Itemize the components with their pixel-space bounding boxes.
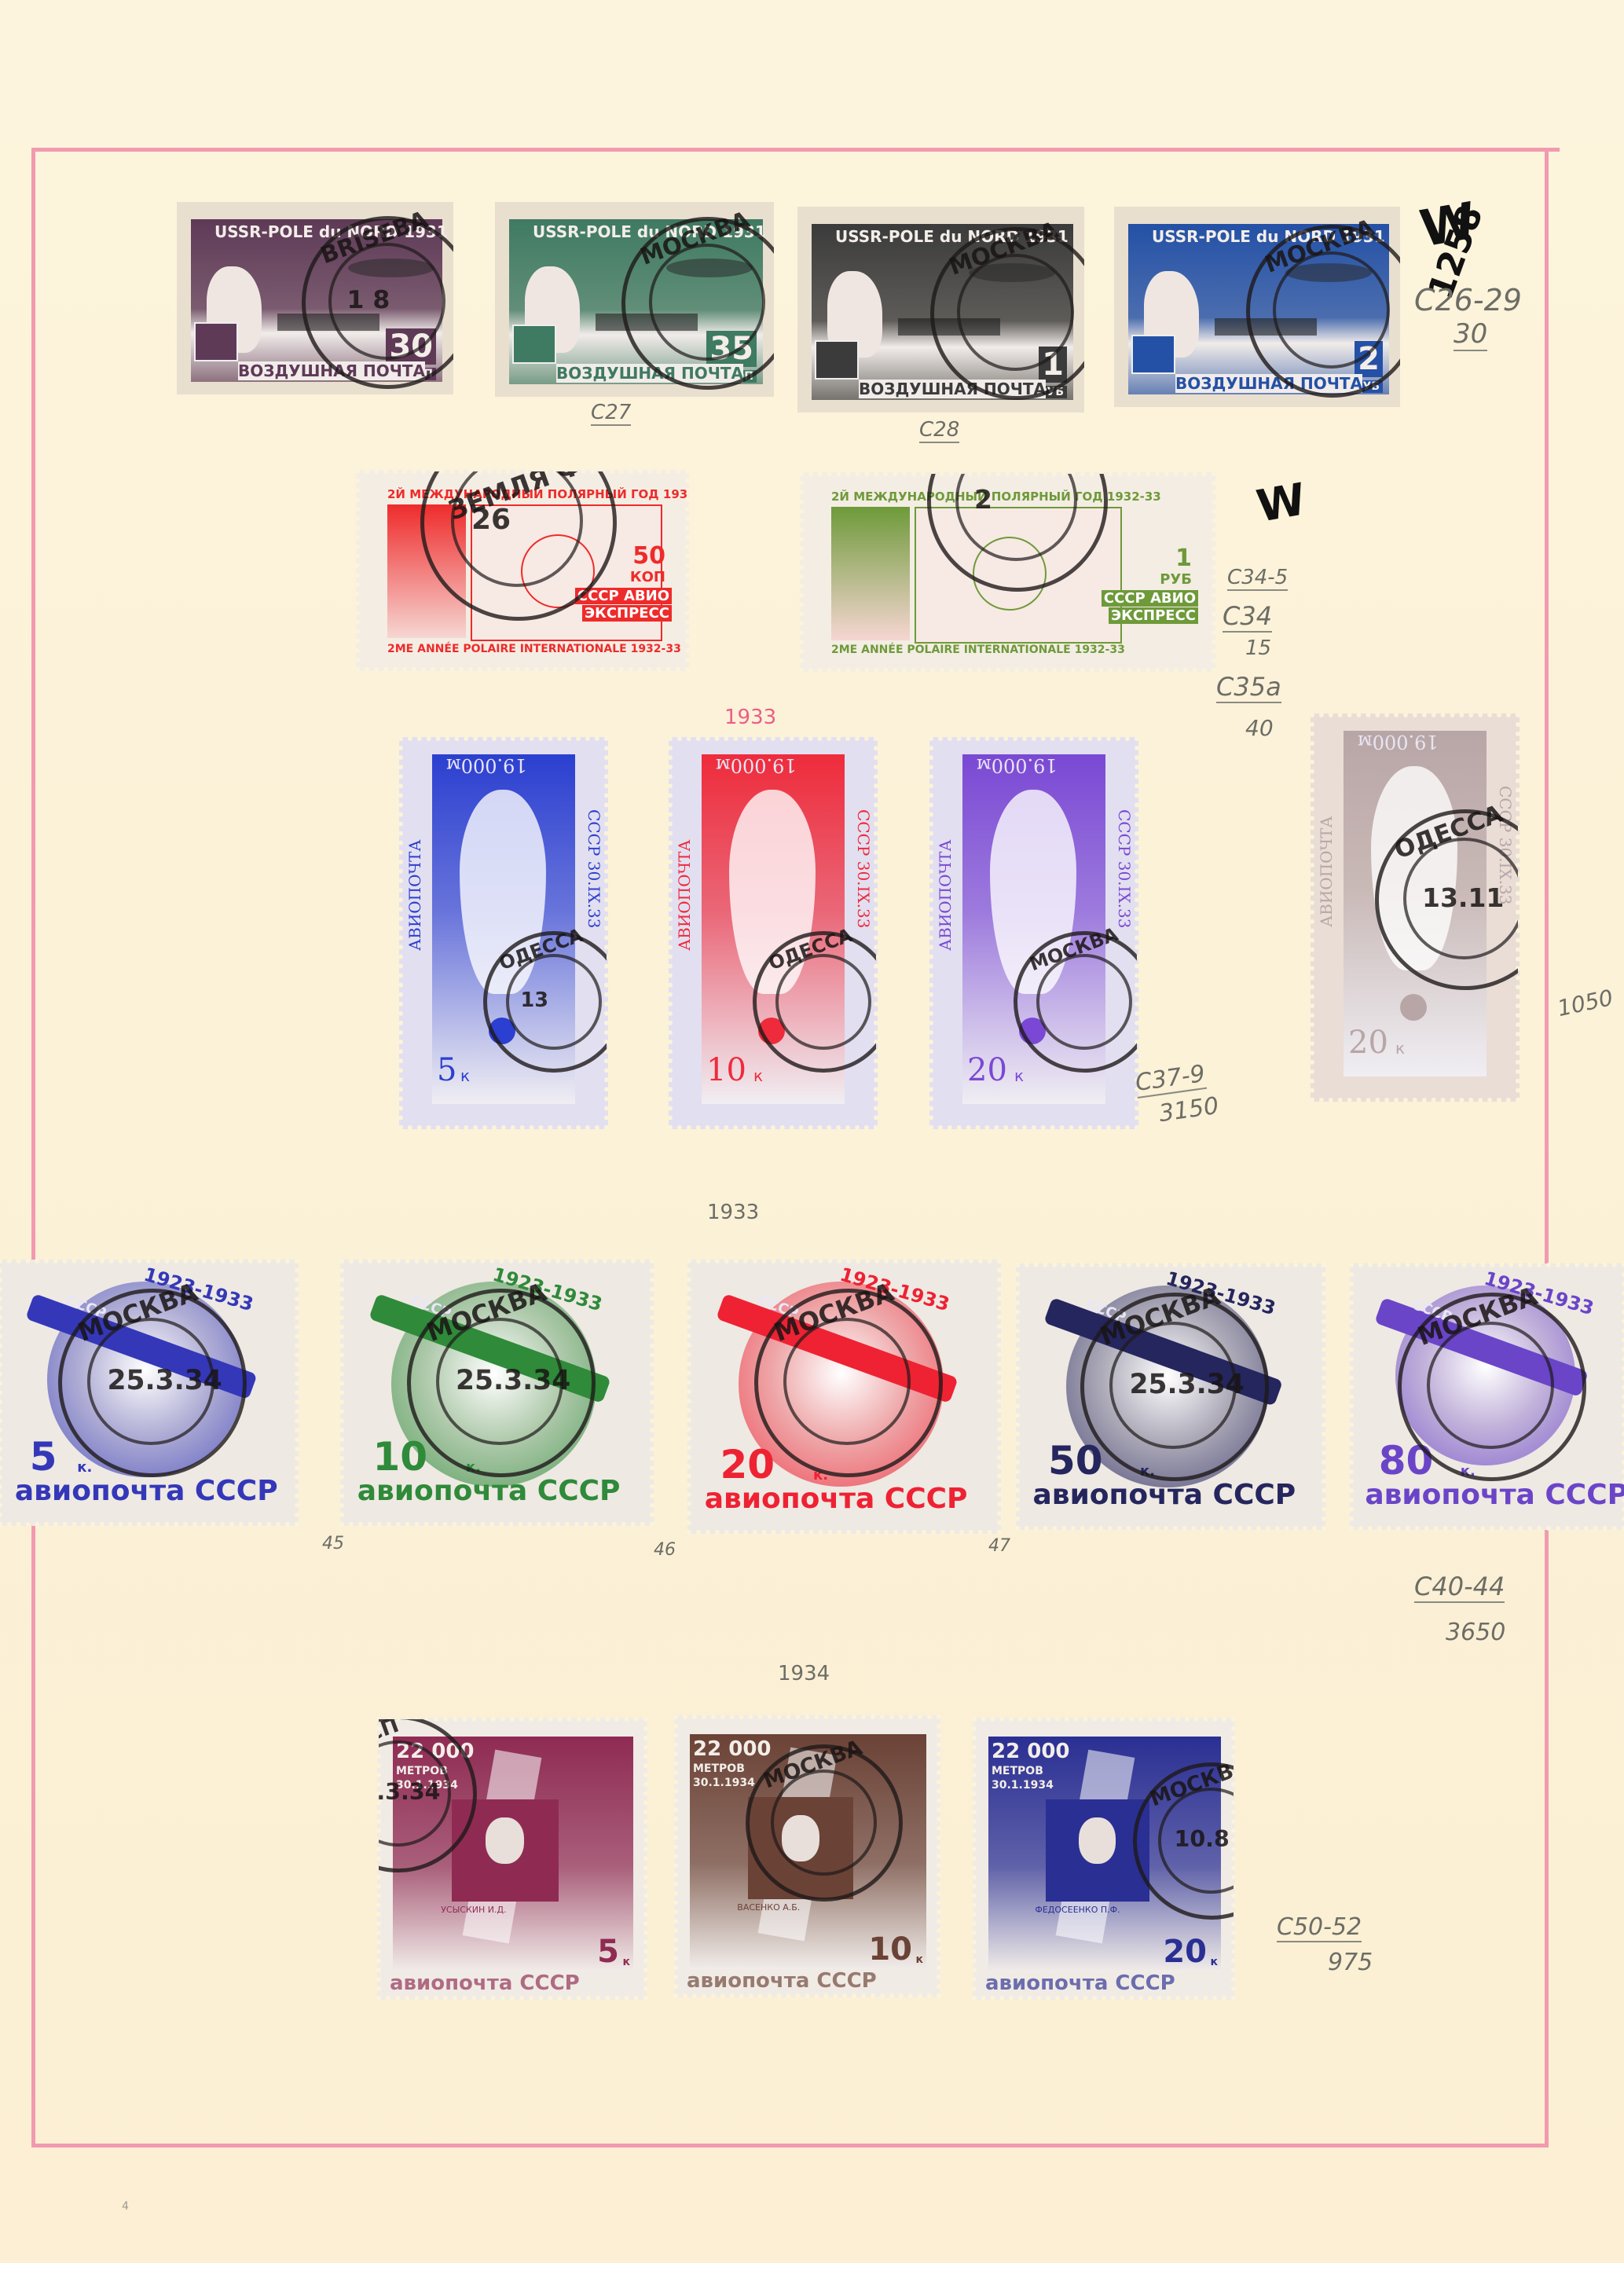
stamp-polar-year-1: 2Й МЕЖДУНАРОДНЫЙ ПОЛЯРНЫЙ ГОД 1932-331РУ… xyxy=(801,474,1214,670)
stamp-unit: к xyxy=(1014,1066,1024,1085)
label-c28: C28 xyxy=(919,418,959,443)
stamp-altitude: 19.000м xyxy=(716,754,797,776)
stamp-name: ФЕДОСЕЕНКО П.Ф. xyxy=(1035,1905,1120,1915)
stamp-civil-aviation-20: 1923-1933СССР20к.авиопочта СССРМОСКВА xyxy=(689,1261,999,1532)
stamp-footer: авиопочта СССР xyxy=(1033,1479,1296,1511)
stamp-value: 5 xyxy=(597,1934,619,1970)
stamp-civil-aviation-10: 1923-1933СССР10к.авиопочта СССРМОСКВА25.… xyxy=(342,1261,652,1524)
postmark-date: 10.8 xyxy=(1175,1826,1230,1852)
stamp-side-text: АВИОПОЧТА xyxy=(1317,816,1336,927)
postmark-date: 13 xyxy=(521,988,549,1012)
range-annotation-c37-9: C37-9 xyxy=(1134,1060,1207,1098)
label-c27: C27 xyxy=(591,401,631,426)
stamp-footer: авиопочта СССР xyxy=(390,1971,580,1995)
stamp-unit: к xyxy=(753,1066,763,1085)
stamp-side-text: АВИОПОЧТА xyxy=(936,840,955,951)
stamp-value: 5 xyxy=(437,1052,456,1088)
stamp-value: 20 xyxy=(720,1442,775,1487)
year-1934: 1934 xyxy=(778,1662,830,1685)
year-1933: 1933 xyxy=(707,1201,759,1224)
stamp-unit: к. xyxy=(77,1459,92,1476)
stamp-value: 5 xyxy=(30,1434,57,1480)
stamp-footer: авиопочта СССР xyxy=(985,1971,1175,1995)
check-mark-annotation-2: W xyxy=(1253,474,1310,533)
stamp-civil-aviation-80: 1923-1933СССР80к.авиопочта СССРМОСКВА xyxy=(1351,1265,1624,1528)
stamp-footer: авиопочта СССР xyxy=(687,1969,877,1993)
price-annotation-975: 975 xyxy=(1328,1949,1373,1976)
stamp-footer: авиопочта СССР xyxy=(705,1483,968,1515)
airplane-panel xyxy=(831,507,910,640)
price-annotation-1050: 1050 xyxy=(1555,985,1615,1021)
stamp-label: СССР АВИО xyxy=(1102,590,1198,607)
stamp-value: 10 xyxy=(868,1931,912,1968)
stamp-north-pole-35: USSR-POLE du NORD 193135КОПВОЗДУШНАЯ ПОЧ… xyxy=(495,202,774,397)
stamp-unit: РУБ xyxy=(1160,571,1192,588)
price-c34: 15 xyxy=(1245,636,1271,660)
emblem-icon xyxy=(815,340,859,380)
range-annotation-c40-44: C40-44 xyxy=(1414,1572,1505,1603)
stamp-altitude-unit: МЕТРОВ xyxy=(693,1762,745,1775)
page-number: 4 xyxy=(122,2200,129,2213)
page-border-right xyxy=(1545,148,1549,2147)
stamp-label: ЭКСПРЕСС xyxy=(1109,607,1198,624)
stamp-side-text: АВИОПОЧТА xyxy=(675,840,694,951)
postmark: МОСКВА xyxy=(754,1289,943,1477)
postmark: МОСКВА xyxy=(746,1744,903,1902)
page-border-left xyxy=(31,148,35,2144)
postmark-date: 13.11 xyxy=(1422,882,1504,913)
stamp-date: 30.1.1934 xyxy=(693,1777,755,1789)
stamp-polar-year-50: 2Й МЕЖДУНАРОДНЫЙ ПОЛЯРНЫЙ ГОД 1932-3350К… xyxy=(357,471,687,669)
item-c35a: C35a xyxy=(1216,672,1281,703)
stamp-civil-aviation-50: 1923-1933СССР50к.авиопочта СССРМОСКВА25.… xyxy=(1017,1265,1324,1528)
stamp-altitude: 19.000м xyxy=(446,754,527,776)
stamp-altitude: 22 000 xyxy=(992,1740,1070,1763)
stamp-side-text: СССР 30.IX.33 xyxy=(1115,809,1134,928)
postmark-date: 26 xyxy=(471,504,511,536)
stamp-stratosphere-10: 19.000м10кАВИОПОЧТАСССР 30.IX.33ОДЕССА xyxy=(670,739,876,1128)
stamp-altitude: 19.000м xyxy=(977,754,1058,776)
stamp-footer: авиопочта СССР xyxy=(1365,1479,1624,1511)
album-page: USSR-POLE du NORD 193130КОПВОЗДУШНАЯ ПОЧ… xyxy=(0,0,1624,2296)
stamp-value: 20 xyxy=(1163,1934,1207,1970)
postmark: МОСКВА25.3.34 xyxy=(1080,1293,1269,1481)
scan-edge xyxy=(0,2263,1624,2296)
range-annotation-c34-5: C34-5 xyxy=(1227,566,1288,591)
stamp-stratosphere-20: 19.000м20кАВИОПОЧТАСССР 30.IX.33ОДЕССА13… xyxy=(1312,715,1518,1100)
stamp-unit: к xyxy=(1395,1039,1405,1058)
face-icon xyxy=(486,1817,524,1864)
price-c35a: 40 xyxy=(1245,715,1274,741)
number-46: 46 xyxy=(654,1540,676,1560)
stamp-footer: 2ME ANNÉE POLAIRE INTERNATIONALE 1932-33 xyxy=(831,644,1125,656)
stamp-unit: к xyxy=(1210,1956,1218,1968)
stamp-north-pole-1: USSR-POLE du NORD 19311РУБВОЗДУШНАЯ ПОЧТ… xyxy=(797,207,1084,413)
face-icon xyxy=(1079,1817,1116,1864)
emblem-icon xyxy=(512,325,556,364)
page-border-top xyxy=(31,148,1560,152)
stamp-stratonaut-5: 22 000МЕТРОВ30.1.1934УСЫСКИН И.Д.5кавиоп… xyxy=(379,1719,646,1998)
stamp-footer: 2ME ANNÉE POLAIRE INTERNATIONALE 1932-33 xyxy=(387,643,681,655)
price-annotation-3150: 3150 xyxy=(1157,1092,1220,1128)
number-45: 45 xyxy=(322,1534,344,1553)
range-annotation-c50-52: C50-52 xyxy=(1277,1913,1362,1942)
price-annotation-30: 30 xyxy=(1454,318,1487,351)
postmark: МОСКВА25.3.34 xyxy=(407,1289,596,1477)
postmark-date: 8.3.34 xyxy=(379,1779,440,1805)
stamp-value: 20 xyxy=(1348,1025,1388,1061)
stamp-north-pole-2: USSR-POLE du NORD 19312РУБВОЗДУШНАЯ ПОЧТ… xyxy=(1114,207,1400,407)
year-1933-pink: 1933 xyxy=(724,706,776,729)
postmark: МОСКВА xyxy=(1398,1293,1586,1481)
postmark-date: 25.3.34 xyxy=(108,1365,222,1396)
stamp-unit: КОП xyxy=(630,569,665,585)
postmark-date: 2 xyxy=(974,484,992,515)
page-border-bottom xyxy=(31,2144,1548,2147)
stamp-unit: к xyxy=(622,1956,630,1968)
emblem-icon xyxy=(1131,335,1175,374)
stamp-value: 20 xyxy=(967,1052,1007,1088)
stamp-value: 1 xyxy=(1175,545,1192,572)
number-47: 47 xyxy=(988,1536,1010,1556)
stamp-side-text: СССР 30.IX.33 xyxy=(585,809,603,928)
stamp-label: ЭКСПРЕСС xyxy=(582,605,672,622)
postmark-date: 25.3.34 xyxy=(1130,1369,1245,1400)
stamp-side-text: СССР 30.IX.33 xyxy=(854,809,873,928)
stamp-value: 50 xyxy=(632,542,665,570)
price-annotation-3650: 3650 xyxy=(1446,1619,1505,1646)
stamp-date: 30.1.1934 xyxy=(992,1779,1054,1792)
stamp-value: 10 xyxy=(373,1434,428,1480)
stamp-unit: к xyxy=(915,1953,923,1966)
gondola-icon xyxy=(1400,994,1427,1021)
stamp-civil-aviation-5: 1923-1933СССР5к.авиопочта СССРМОСКВА25.3… xyxy=(0,1261,297,1524)
stamp-name: ВАСЕНКО А.Б. xyxy=(737,1902,800,1913)
postmark-date: 1 8 xyxy=(347,286,390,314)
stamp-value: 10 xyxy=(706,1052,746,1088)
stamp-name: УСЫСКИН И.Д. xyxy=(441,1905,506,1915)
stamp-altitude: 19.000м xyxy=(1358,731,1439,753)
stamp-footer: авиопочта СССР xyxy=(15,1475,278,1507)
postmark: МОСКВА25.3.34 xyxy=(58,1289,247,1477)
stamp-value: 50 xyxy=(1048,1438,1103,1484)
item-c34: C34 xyxy=(1223,601,1272,633)
stamp-altitude: 22 000 xyxy=(693,1737,772,1761)
emblem-icon xyxy=(194,322,238,361)
stamp-stratonaut-20: 22 000МЕТРОВ30.1.1934ФЕДОСЕЕНКО П.Ф.20ка… xyxy=(974,1719,1234,1998)
stamp-side-text: АВИОПОЧТА xyxy=(405,840,424,951)
stamp-altitude-unit: МЕТРОВ xyxy=(992,1765,1043,1777)
stamp-north-pole-30: USSR-POLE du NORD 193130КОПВОЗДУШНАЯ ПОЧ… xyxy=(177,202,453,394)
stamp-stratonaut-10: 22 000МЕТРОВ30.1.1934ВАСЕНКО А.Б.10кавио… xyxy=(676,1717,939,1996)
stamp-stratosphere-5: 19.000м5кАВИОПОЧТАСССР 30.IX.33ОДЕССА13 xyxy=(401,739,607,1128)
range-annotation-c26-29: C26-29 xyxy=(1414,283,1522,317)
stamp-footer: авиопочта СССР xyxy=(357,1475,621,1507)
stamp-unit: к xyxy=(460,1066,470,1085)
stamp-stratosphere-20: 19.000м20кАВИОПОЧТАСССР 30.IX.33МОСКВА xyxy=(931,739,1137,1128)
postmark-date: 25.3.34 xyxy=(456,1365,570,1396)
